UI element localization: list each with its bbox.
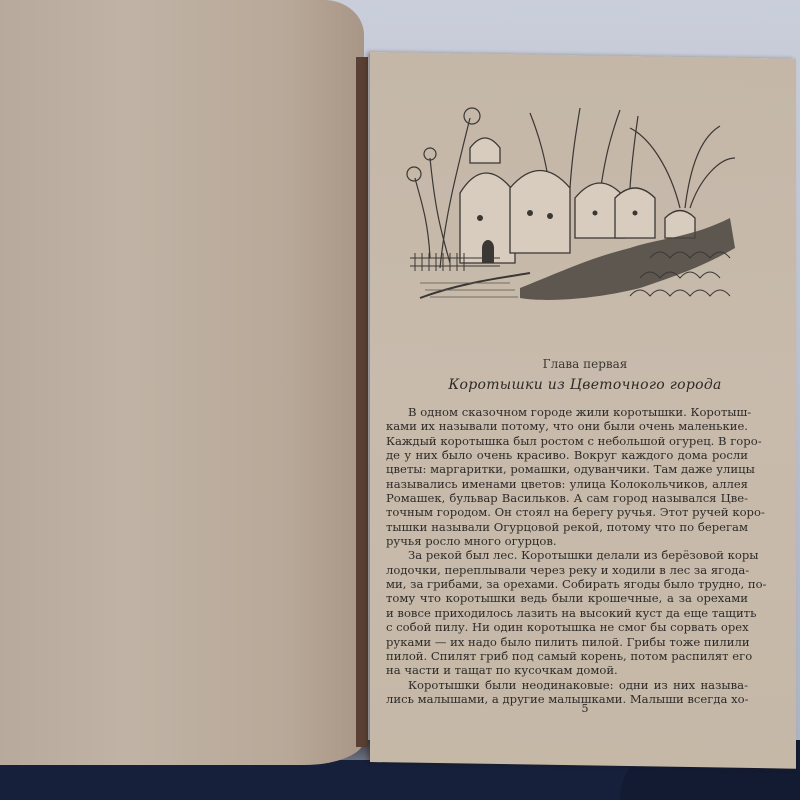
text-line: и вовсе приходилось лазить на высокий ку… bbox=[386, 606, 748, 620]
text-line: В одном сказочном городе жили коротышки.… bbox=[386, 405, 748, 419]
left-page-blank bbox=[0, 0, 364, 765]
chapter-illustration bbox=[400, 98, 745, 303]
text-line: лодочки, переплывали через реку и ходили… bbox=[386, 563, 748, 577]
text-line: Коротышки были неодинаковые: одни из них… bbox=[386, 678, 748, 692]
text-line: де у них было очень красиво. Вокруг кажд… bbox=[386, 448, 748, 462]
text-line: тому что коротышки ведь были крошечные, … bbox=[386, 591, 748, 605]
text-line: Ромашек, бульвар Васильков. А сам город … bbox=[386, 491, 748, 505]
chapter-title: Коротышки из Цветочного города bbox=[372, 377, 798, 393]
paragraph: За рекой был лес. Коротышки делали из бе… bbox=[386, 548, 748, 677]
text-line: на части и тащат по кусочкам домой. bbox=[386, 663, 748, 677]
text-line: точным городом. Он стоял на берегу ручья… bbox=[386, 505, 748, 519]
text-line: назывались именами цветов: улица Колокол… bbox=[386, 477, 748, 491]
text-line: цветы: маргаритки, ромашки, одуванчики. … bbox=[386, 462, 748, 476]
chapter-body-text: В одном сказочном городе жили коротышки.… bbox=[386, 405, 748, 706]
text-line: руками — их надо было пилить пилой. Гриб… bbox=[386, 635, 748, 649]
text-line: пилой. Спилят гриб под самый корень, пот… bbox=[386, 649, 748, 663]
text-line: ками их называли потому, что они были оч… bbox=[386, 419, 748, 433]
page-number: 5 bbox=[372, 702, 798, 715]
chapter-label: Глава первая bbox=[372, 357, 798, 371]
text-line: тышки называли Огурцовой рекой, потому ч… bbox=[386, 520, 748, 534]
text-line: Каждый коротышка был ростом с небольшой … bbox=[386, 434, 748, 448]
paragraph: В одном сказочном городе жили коротышки.… bbox=[386, 405, 748, 548]
text-line: с собой пилу. Ни один коротышка не смог … bbox=[386, 620, 748, 634]
page-edge-spine bbox=[356, 57, 368, 747]
text-line: ми, за грибами, за орехами. Собирать яго… bbox=[386, 577, 748, 591]
text-line: ручья росло много огурцов. bbox=[386, 534, 748, 548]
text-line: За рекой был лес. Коротышки делали из бе… bbox=[386, 548, 748, 562]
